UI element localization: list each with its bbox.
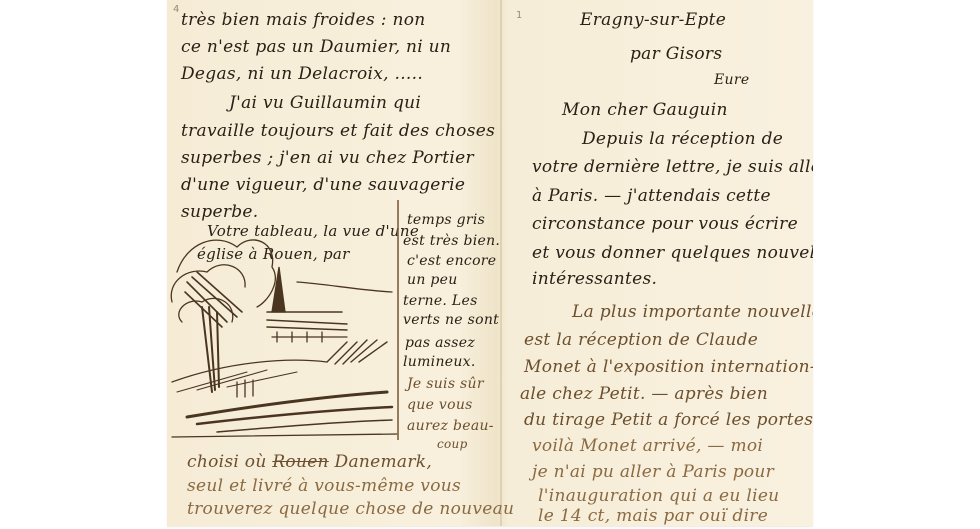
text-line: intéressantes. [532,269,657,289]
margin-text: est très bien. [403,233,500,249]
left-page: 4 très bien mais froides : non ce n'est … [167,0,500,526]
text-line: et vous donner quelques nouvelles [532,243,813,263]
address-line: par Gisors [630,44,722,64]
margin-text: lumineux. [403,354,476,370]
salutation: Mon cher Gauguin [562,100,728,120]
text-line: à Paris. — j'attendais cette [532,186,771,206]
page-number: 4 [173,4,179,15]
text-line: Depuis la réception de [582,129,783,149]
margin-text: que vous [407,397,473,413]
text-line: superbes ; j'en ai vu chez Portier [181,148,474,168]
text-line: J'ai vu Guillaumin qui [229,93,421,113]
right-page: 1 Eragny-sur-Epte par Gisors Eure Mon ch… [502,0,813,526]
margin-divider [397,200,399,440]
text-line: travaille toujours et fait des choses [181,121,495,141]
margin-text: un peu [407,272,458,288]
text-line: est la réception de Claude [524,330,758,350]
text-line: du tirage Petit a forcé les portes [524,410,813,430]
text-line: choisi où Rouen Danemark, [187,452,432,472]
text-fragment: choisi où [187,452,267,472]
text-line: votre dernière lettre, je suis allé [532,157,813,177]
margin-text: Je suis sûr [407,376,484,392]
letter-sheet: 4 très bien mais froides : non ce n'est … [167,0,813,526]
margin-text: terne. Les [403,293,478,309]
margin-text: verts ne sont [403,312,499,328]
text-line: ce n'est pas un Daumier, ni un [181,37,451,57]
margin-text: aurez beau- [407,418,494,434]
address-line: Eragny-sur-Epte [580,10,726,30]
text-line: le 14 ct, mais par ouï dire [538,506,768,526]
text-line: très bien mais froides : non [181,10,426,30]
text-line: seul et livré à vous-même vous [187,476,461,496]
text-line: trouverez quelque chose de nouveau [187,499,514,519]
address-line: Eure [714,72,749,88]
text-line: circonstance pour vous écrire [532,214,798,234]
struck-word: Rouen [272,452,329,472]
text-line: d'une vigueur, d'une sauvagerie [181,175,465,195]
text-line: Degas, ni un Delacroix, ..... [181,64,423,84]
text-line: l'inauguration qui a eu lieu [538,486,779,506]
text-fragment: Danemark, [335,452,433,472]
text-line: La plus importante nouvelle [572,302,813,322]
margin-text: temps gris [407,212,485,228]
page-number: 1 [516,10,522,21]
text-line: je n'ai pu aller à Paris pour [532,462,774,482]
text-line: ale chez Petit. — après bien [520,384,768,404]
text-line: Monet à l'exposition internation- [524,357,813,377]
margin-text: pas assez [405,335,475,351]
text-line: voilà Monet arrivé, — moi [532,436,763,456]
church-sketch [167,212,402,442]
margin-text: coup [437,437,468,451]
margin-text: c'est encore [407,253,496,269]
